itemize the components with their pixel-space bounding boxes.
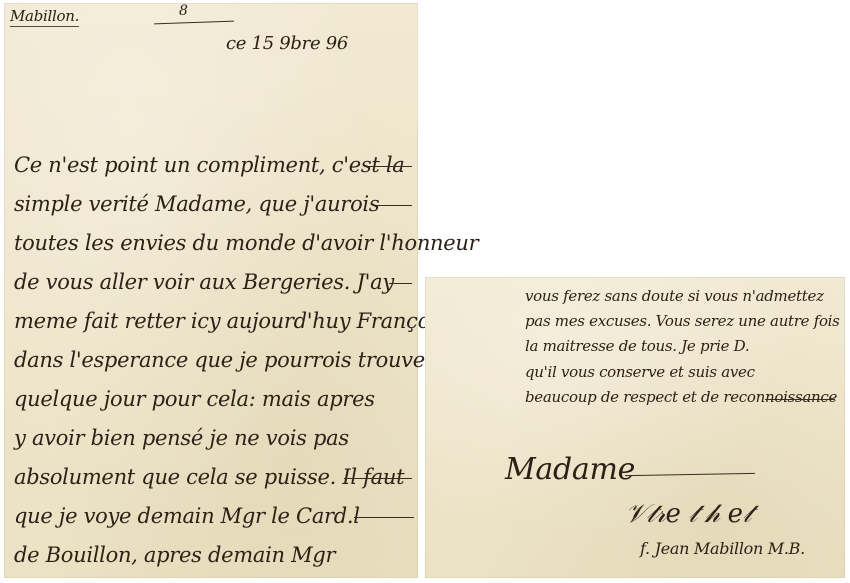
text-line: absolument que cela se puisse. Il faut (14, 465, 404, 489)
right-manuscript-page: vous ferez sans doute si vous n'admettez… (425, 277, 845, 578)
text-line: quelque jour pour cela: mais apres (14, 387, 375, 411)
signature-text: 𝒱𝓉𝓇𝑒 𝓉 𝒽 𝑒𝓉 (625, 499, 751, 529)
text-line: simple verité Madame, que j'aurois (14, 192, 379, 216)
folio-strike-line (154, 21, 234, 25)
text-line: meme fait retter icy aujourd'huy Françoi… (14, 309, 453, 333)
text-line: Ce n'est point un compliment, c'est la (14, 153, 405, 177)
left-manuscript-page: Mabillon. 8 ce 15 9bre 96 Ce n'est point… (4, 3, 418, 578)
text-line: de Bouillon, apres demain Mgr (14, 543, 335, 567)
signature-name: f. Jean Mabillon M.B. (640, 539, 805, 558)
text-line: qu'il vous conserve et suis avec (525, 363, 755, 381)
line-filler-dash (354, 517, 414, 518)
text-line: la maitresse de tous. Je prie D. (525, 337, 749, 355)
text-line: toutes les envies du monde d'avoir l'hon… (14, 231, 478, 255)
text-line: beaucoup de respect et de reconnoissance (525, 388, 837, 406)
signature-closing: 𝒱𝓉𝓇𝑒 𝓉 𝒽 𝑒𝓉 (625, 499, 751, 530)
salutation-flourish (625, 473, 755, 476)
text-line: dans l'esperance que je pourrois trouver (14, 348, 435, 372)
text-line: vous ferez sans doute si vous n'admettez (525, 287, 824, 305)
letter-date: ce 15 9bre 96 (226, 33, 348, 54)
text-line: que je voye demain Mgr le Card.l (14, 504, 360, 528)
salutation: Madame (505, 452, 635, 487)
archive-label: Mabillon. (10, 7, 79, 27)
text-line: pas mes excuses. Vous serez une autre fo… (525, 312, 840, 330)
line-filler-dash (765, 399, 835, 400)
line-filler-dash (374, 205, 412, 206)
text-line: y avoir bien pensé je ne vois pas (14, 426, 349, 450)
text-line: de vous aller voir aux Bergeries. J'ay (14, 270, 394, 294)
folio-number: 8 (179, 3, 188, 19)
line-filler-dash (364, 166, 412, 167)
line-filler-dash (344, 478, 412, 479)
line-filler-dash (389, 283, 412, 284)
